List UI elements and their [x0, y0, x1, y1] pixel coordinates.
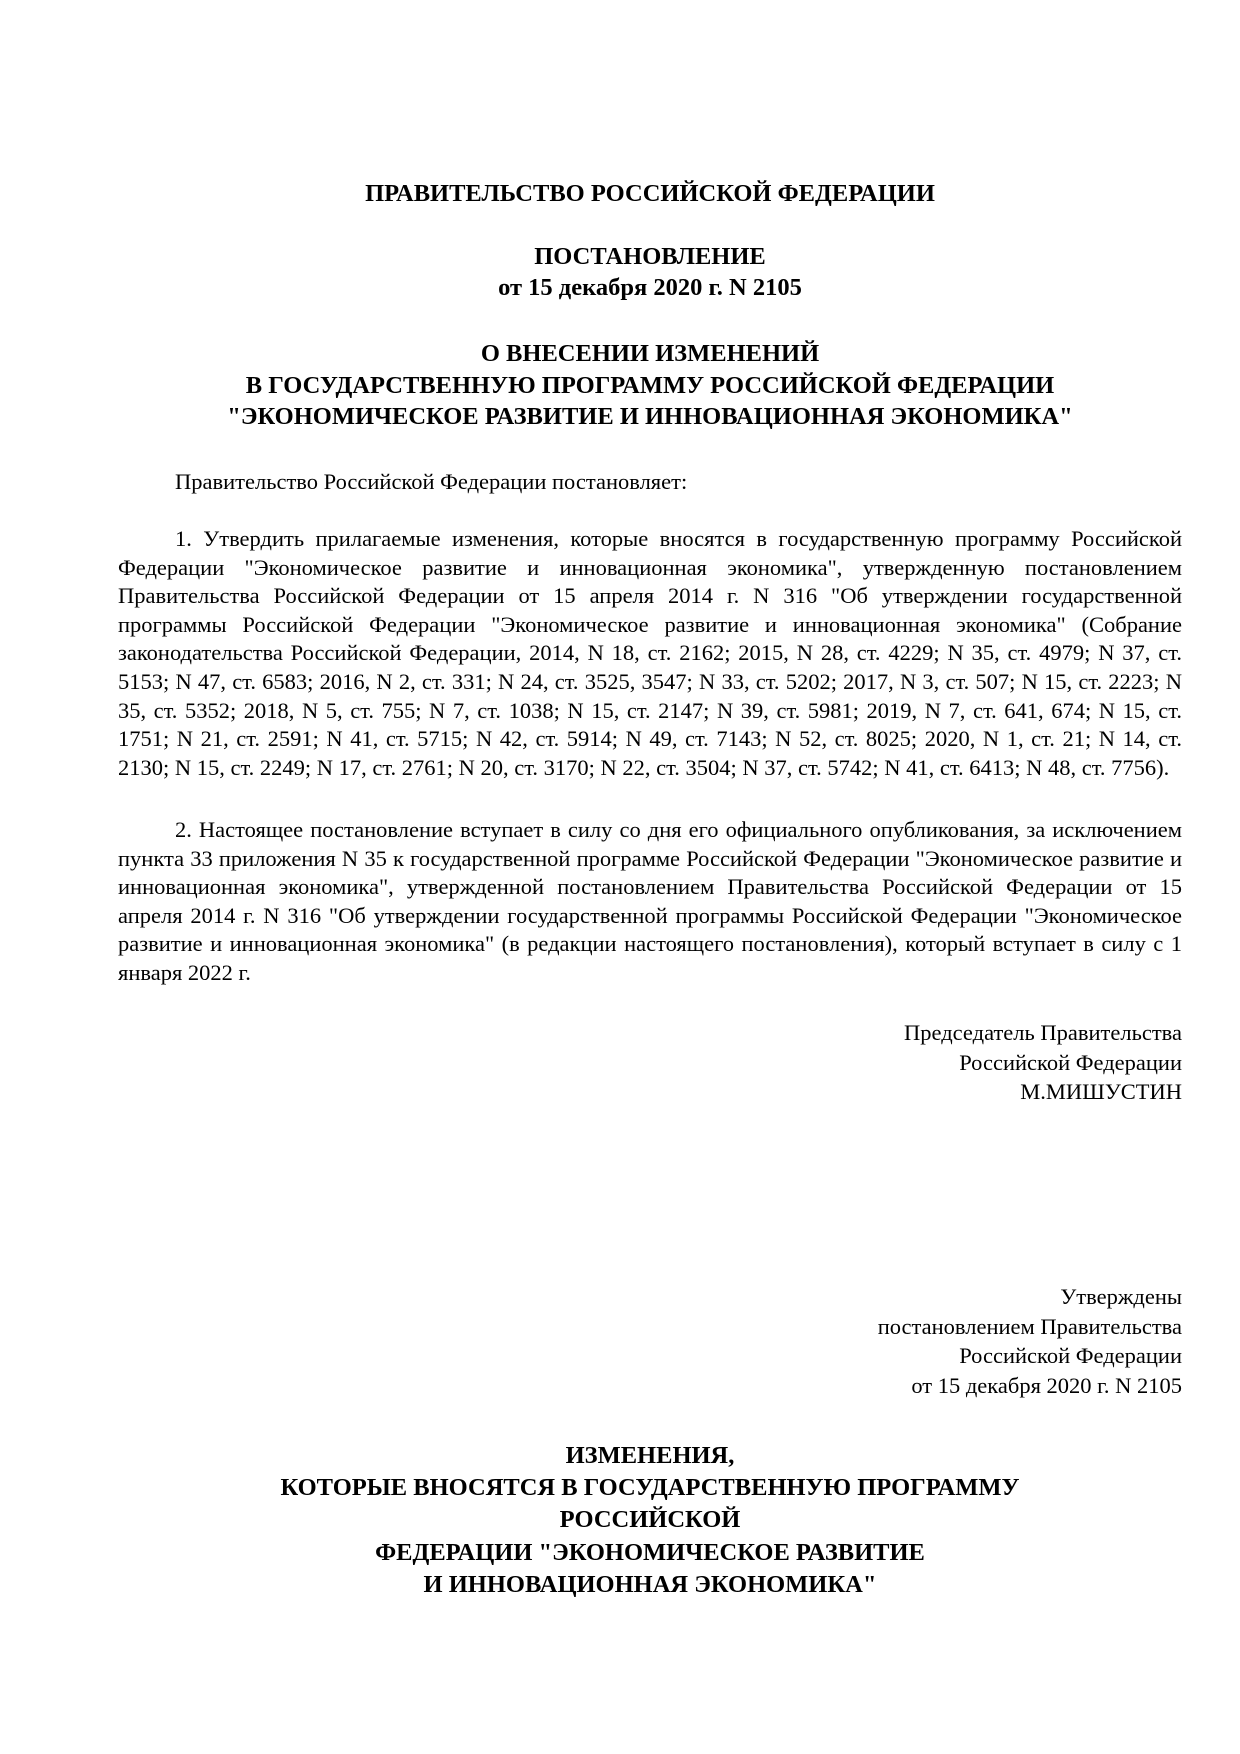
preamble: Правительство Российской Федерации поста…	[118, 468, 1182, 497]
title-line-1: О ВНЕСЕНИИ ИЗМЕНЕНИЙ	[118, 338, 1182, 370]
approval-line-1: Утверждены	[118, 1282, 1182, 1312]
title-line-3: "ЭКОНОМИЧЕСКОЕ РАЗВИТИЕ И ИННОВАЦИОННАЯ …	[118, 401, 1182, 433]
doc-date-number: от 15 декабря 2020 г. N 2105	[118, 273, 1182, 303]
issuer-title: ПРАВИТЕЛЬСТВО РОССИЙСКОЙ ФЕДЕРАЦИИ	[118, 178, 1182, 210]
approval-line-4: от 15 декабря 2020 г. N 2105	[118, 1371, 1182, 1401]
annex-title-line-5: И ИННОВАЦИОННАЯ ЭКОНОМИКА"	[118, 1569, 1182, 1601]
annex-title-line-1: ИЗМЕНЕНИЯ,	[118, 1440, 1182, 1472]
annex-title-line-3: РОССИЙСКОЙ	[118, 1504, 1182, 1536]
annex-title-line-4: ФЕДЕРАЦИИ "ЭКОНОМИЧЕСКОЕ РАЗВИТИЕ	[118, 1537, 1182, 1569]
signature-block: Председатель Правительства Российской Фе…	[118, 1018, 1182, 1107]
signature-position-2: Российской Федерации	[118, 1048, 1182, 1078]
annex-title-line-2: КОТОРЫЕ ВНОСЯТСЯ В ГОСУДАРСТВЕННУЮ ПРОГР…	[118, 1472, 1182, 1504]
annex-title: ИЗМЕНЕНИЯ, КОТОРЫЕ ВНОСЯТСЯ В ГОСУДАРСТВ…	[118, 1440, 1182, 1601]
approval-line-3: Российской Федерации	[118, 1341, 1182, 1371]
signature-name: М.МИШУСТИН	[118, 1077, 1182, 1107]
paragraph-1-block: 1. Утвердить прилагаемые изменения, кото…	[118, 525, 1182, 782]
issuer-heading: ПРАВИТЕЛЬСТВО РОССИЙСКОЙ ФЕДЕРАЦИИ	[118, 178, 1182, 210]
approval-block: Утверждены постановлением Правительства …	[118, 1282, 1182, 1400]
paragraph-1: 1. Утвердить прилагаемые изменения, кото…	[118, 525, 1182, 782]
paragraph-2-block: 2. Настоящее постановление вступает в си…	[118, 816, 1182, 988]
paragraph-2: 2. Настоящее постановление вступает в си…	[118, 816, 1182, 988]
signature-position-1: Председатель Правительства	[118, 1018, 1182, 1048]
decree-header: ПОСТАНОВЛЕНИЕ от 15 декабря 2020 г. N 21…	[118, 241, 1182, 303]
title-line-2: В ГОСУДАРСТВЕННУЮ ПРОГРАММУ РОССИЙСКОЙ Ф…	[118, 370, 1182, 402]
decree-title: О ВНЕСЕНИИ ИЗМЕНЕНИЙ В ГОСУДАРСТВЕННУЮ П…	[118, 338, 1182, 433]
preamble-block: Правительство Российской Федерации поста…	[118, 468, 1182, 497]
approval-line-2: постановлением Правительства	[118, 1312, 1182, 1342]
doc-type: ПОСТАНОВЛЕНИЕ	[118, 241, 1182, 273]
document-page: ПРАВИТЕЛЬСТВО РОССИЙСКОЙ ФЕДЕРАЦИИ ПОСТА…	[0, 0, 1240, 1754]
